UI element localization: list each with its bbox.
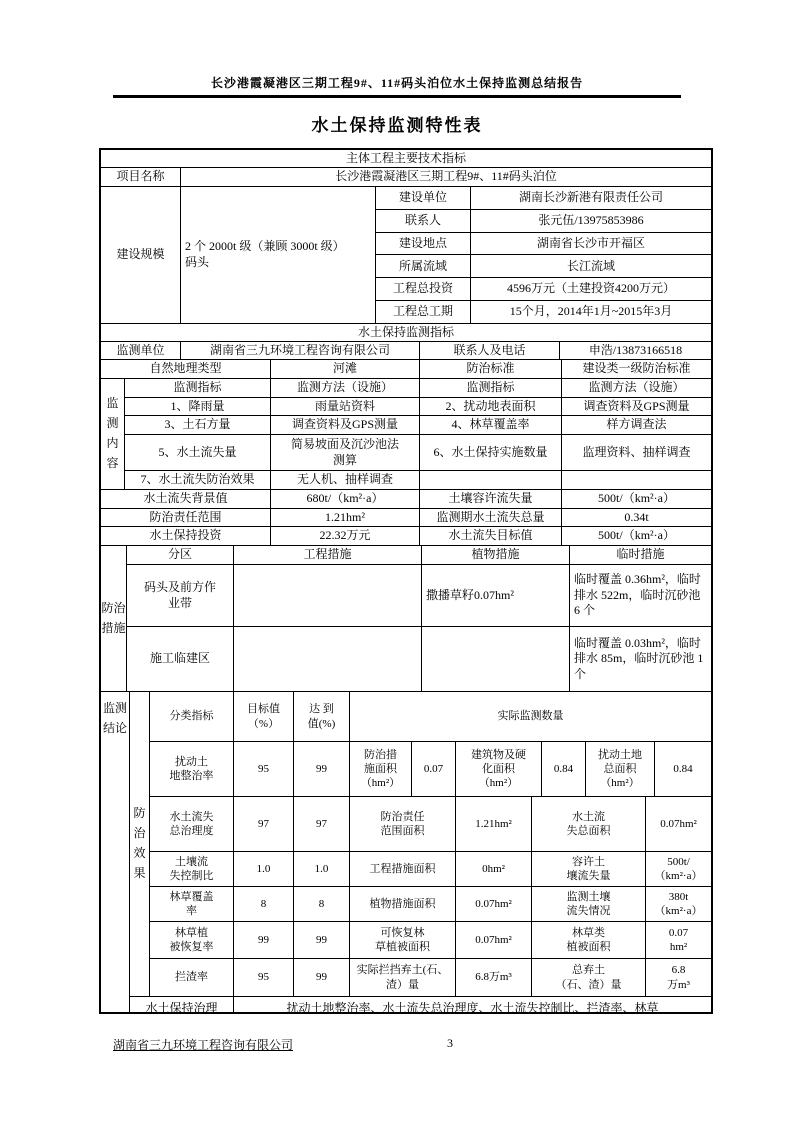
table-row: 3、土石方量 调查资料及GPS测量 4、林草覆盖率 样方调查法 bbox=[125, 416, 711, 435]
summary-label: 监测期水土流失总量 bbox=[420, 509, 562, 527]
table-row: 工程总工期 15个月，2014年1月~2015年3月 bbox=[376, 301, 711, 324]
table-row: 主体工程主要技术指标 bbox=[101, 150, 711, 168]
summary-label: 水土流失目标值 bbox=[420, 527, 562, 546]
summary-value: 680t/（km²·a） bbox=[271, 490, 420, 509]
table-row: 林草覆盖 率 8 8 植物措施面积 0.07hm² 监测土壤 流失情况 380t… bbox=[150, 887, 711, 922]
table-row: 水土流失背景值 680t/（km²·a） 土壤容许流失量 500t/（km²·a… bbox=[101, 490, 711, 509]
target-value: 95 bbox=[234, 742, 294, 797]
measure-name: 可恢复林 草植被面积 bbox=[350, 922, 456, 959]
table-row: 拦渣率 95 99 实际拦挡弃土(石、 渣）量 6.8万m³ 总弃土 （石、渣）… bbox=[150, 959, 711, 997]
standard-value: 建设类一级防治标准 bbox=[562, 360, 711, 379]
measure-value: 0.07hm² bbox=[456, 887, 532, 922]
content-cell: 监理资料、抽样调查 bbox=[562, 435, 711, 471]
measures-section: 防治措施 分区 工程措施 植物措施 临时措施 码头及前方作 业带 撒播草籽0.0… bbox=[101, 546, 711, 692]
table-row: 水土保持监测指标 bbox=[101, 324, 711, 342]
info-label: 工程总投资 bbox=[376, 278, 471, 301]
table-row: 建设地点 湖南省长沙市开福区 bbox=[376, 233, 711, 256]
table-row: 7、水土流失防治效果 无人机、抽样调查 bbox=[125, 471, 711, 490]
summary-value: 500t/（km²·a） bbox=[562, 490, 711, 509]
content-cell: 3、土石方量 bbox=[125, 416, 271, 435]
zone-cell: 施工临建区 bbox=[127, 627, 234, 692]
report-header-text: 长沙港霞凝港区三期工程9#、11#码头泊位水土保持监测总结报告 bbox=[0, 74, 794, 91]
indicator-name: 土壤流 失控制比 bbox=[150, 852, 234, 887]
content-cell: 监测指标 bbox=[125, 379, 271, 398]
content-cell: 2、扰动地表面积 bbox=[420, 398, 562, 416]
measure-name: 林草类 植被面积 bbox=[532, 922, 646, 959]
table-row: 监测指标 监测方法（设施） 监测指标 监测方法（设施） bbox=[125, 379, 711, 398]
achieved-value: 97 bbox=[294, 797, 350, 852]
indicator-name: 拦渣率 bbox=[150, 959, 234, 997]
target-value: 8 bbox=[234, 887, 294, 922]
measures-header: 分区 bbox=[127, 546, 234, 565]
header-rule bbox=[113, 95, 681, 98]
measure-value: 0.07 bbox=[412, 742, 456, 797]
zone-cell: 码头及前方作 业带 bbox=[127, 565, 234, 627]
achieved-value: 8 bbox=[294, 887, 350, 922]
table-row: 联系人 张元伍/13975853986 bbox=[376, 210, 711, 233]
plant-cell: 撒播草籽0.07hm² bbox=[422, 565, 570, 627]
content-cell: 5、水土流失量 bbox=[125, 435, 271, 471]
info-label: 建设地点 bbox=[376, 233, 471, 256]
table-row: 监测单位 湖南省三九环境工程咨询有限公司 联系人及电话 申浩/138731665… bbox=[101, 342, 711, 360]
header-cell: 目标值 （%） bbox=[234, 692, 294, 742]
info-value: 张元伍/13975853986 bbox=[471, 210, 711, 233]
geo-type-value: 河滩 bbox=[271, 360, 420, 379]
table-row-clipped: 水土保持治理 扰动土地整治率、水土流失总治理度、水土流失控制比、拦渣率、林草 bbox=[130, 997, 711, 1014]
table-row: 建设单位 湖南长沙新港有限责任公司 bbox=[376, 187, 711, 210]
target-value: 95 bbox=[234, 959, 294, 997]
scale-section: 建设规模 2 个 2000t 级（兼顾 3000t 级） 码头 建设单位 湖南长… bbox=[101, 187, 711, 324]
achieved-value: 99 bbox=[294, 922, 350, 959]
page-title: 水土保持监测特性表 bbox=[0, 111, 794, 136]
conclusion-body: 防治效果 分类指标 目标值 （%） 达 到 值(%) 实际监测数量 扰动土 地整… bbox=[130, 692, 711, 1014]
temporary-cell: 临时覆盖 0.03hm²，临时排水 85m，临时沉砂池 1 个 bbox=[570, 627, 711, 692]
measures-header: 植物措施 bbox=[422, 546, 570, 565]
table-row: 林草植 被恢复率 99 99 可恢复林 草植被面积 0.07hm² 林草类 植被… bbox=[150, 922, 711, 959]
measures-label: 防治措施 bbox=[101, 546, 127, 692]
header-cell: 实际监测数量 bbox=[350, 692, 711, 742]
content-cell: 7、水土流失防治效果 bbox=[125, 471, 271, 490]
effect-table: 分类指标 目标值 （%） 达 到 值(%) 实际监测数量 扰动土 地整治率 95… bbox=[150, 692, 711, 997]
table-row: 水土流失 总治理度 97 97 防治责任 范围面积 1.21hm² 水土流 失总… bbox=[150, 797, 711, 852]
effect-block: 防治效果 分类指标 目标值 （%） 达 到 值(%) 实际监测数量 扰动土 地整… bbox=[130, 692, 711, 997]
indicator-name: 水土流失 总治理度 bbox=[150, 797, 234, 852]
measure-value: 0.84 bbox=[542, 742, 586, 797]
measure-value: 0.84 bbox=[655, 742, 711, 797]
target-value: 97 bbox=[234, 797, 294, 852]
content-cell bbox=[562, 471, 711, 490]
scale-label: 建设规模 bbox=[101, 187, 181, 324]
monitor-content-label: 监测内容 bbox=[101, 379, 125, 490]
content-cell: 调查资料及GPS测量 bbox=[562, 398, 711, 416]
table-row: 码头及前方作 业带 撒播草籽0.07hm² 临时覆盖 0.36hm²，临时排水 … bbox=[127, 565, 711, 627]
project-name-value: 长沙港霞凝港区三期工程9#、11#码头泊位 bbox=[181, 168, 711, 187]
header-cell: 分类指标 bbox=[150, 692, 234, 742]
measure-value: 6.8万m³ bbox=[456, 959, 532, 997]
measure-value: 500t/ （km²·a） bbox=[646, 852, 711, 887]
monitor-content-body: 监测指标 监测方法（设施） 监测指标 监测方法（设施） 1、降雨量 雨量站资料 … bbox=[125, 379, 711, 490]
measure-value: 6.8 万m³ bbox=[646, 959, 711, 997]
content-cell: 简易坡面及沉沙池法 测算 bbox=[271, 435, 420, 471]
table-row: 扰动土 地整治率 95 99 防治措 施面积 （hm²） 0.07 建筑物及硬 … bbox=[150, 742, 711, 797]
content-cell: 雨量站资料 bbox=[271, 398, 420, 416]
summary-value: 500t/（km²·a） bbox=[562, 527, 711, 546]
content-cell: 监测方法（设施） bbox=[562, 379, 711, 398]
indicator-name: 林草覆盖 率 bbox=[150, 887, 234, 922]
header-cell: 达 到 值(%) bbox=[294, 692, 350, 742]
treatment-label: 水土保持治理 bbox=[130, 997, 234, 1014]
table-row: 工程总投资 4596万元（土建投资4200万元） bbox=[376, 278, 711, 301]
plant-cell bbox=[422, 627, 570, 692]
info-value: 湖南省长沙市开福区 bbox=[471, 233, 711, 256]
section2-title: 水土保持监测指标 bbox=[101, 324, 711, 342]
summary-label: 水土保持投资 bbox=[101, 527, 271, 546]
measure-name: 实际拦挡弃土(石、 渣）量 bbox=[350, 959, 456, 997]
info-value: 15个月，2014年1月~2015年3月 bbox=[471, 301, 711, 324]
measure-name: 植物措施面积 bbox=[350, 887, 456, 922]
measures-header: 工程措施 bbox=[234, 546, 422, 565]
indicator-name: 林草植 被恢复率 bbox=[150, 922, 234, 959]
table-row: 自然地理类型 河滩 防治标准 建设类一级防治标准 bbox=[101, 360, 711, 379]
info-label: 工程总工期 bbox=[376, 301, 471, 324]
measure-value: 0hm² bbox=[456, 852, 532, 887]
monitor-content-section: 监测内容 监测指标 监测方法（设施） 监测指标 监测方法（设施） 1、降雨量 雨… bbox=[101, 379, 711, 490]
standard-label: 防治标准 bbox=[420, 360, 562, 379]
table-row: 项目名称 长沙港霞凝港区三期工程9#、11#码头泊位 bbox=[101, 168, 711, 187]
measure-name: 工程措施面积 bbox=[350, 852, 456, 887]
content-cell: 6、水土保持实施数量 bbox=[420, 435, 562, 471]
measure-name: 扰动土地 总面积 （hm²） bbox=[586, 742, 655, 797]
info-label: 联系人 bbox=[376, 210, 471, 233]
measure-value: 0.07hm² bbox=[456, 922, 532, 959]
target-value: 99 bbox=[234, 922, 294, 959]
engineering-cell bbox=[234, 565, 422, 627]
monitor-unit-value: 湖南省三九环境工程咨询有限公司 bbox=[181, 342, 420, 360]
contact-label: 联系人及电话 bbox=[420, 342, 560, 360]
content-cell: 样方调查法 bbox=[562, 416, 711, 435]
table-row: 5、水土流失量 简易坡面及沉沙池法 测算 6、水土保持实施数量 监理资料、抽样调… bbox=[125, 435, 711, 471]
project-info-rows: 建设单位 湖南长沙新港有限责任公司 联系人 张元伍/13975853986 建设… bbox=[376, 187, 711, 324]
measure-value: 380t （km²·a） bbox=[646, 887, 711, 922]
content-cell: 监测方法（设施） bbox=[271, 379, 420, 398]
effect-label: 防治效果 bbox=[130, 692, 150, 997]
summary-value: 22.32万元 bbox=[271, 527, 420, 546]
summary-label: 防治责任范围 bbox=[101, 509, 271, 527]
section1-title: 主体工程主要技术指标 bbox=[101, 150, 711, 168]
content-cell: 调查资料及GPS测量 bbox=[271, 416, 420, 435]
table-row: 所属流域 长江流域 bbox=[376, 255, 711, 278]
target-value: 1.0 bbox=[234, 852, 294, 887]
footer-page-number: 3 bbox=[447, 1036, 453, 1051]
table-row: 水土保持投资 22.32万元 水土流失目标值 500t/（km²·a） bbox=[101, 527, 711, 546]
measure-name: 防治措 施面积 （hm²） bbox=[350, 742, 412, 797]
measures-header: 临时措施 bbox=[570, 546, 711, 565]
content-cell: 4、林草覆盖率 bbox=[420, 416, 562, 435]
table-row: 土壤流 失控制比 1.0 1.0 工程措施面积 0hm² 容许土 壤流失量 50… bbox=[150, 852, 711, 887]
scale-value: 2 个 2000t 级（兼顾 3000t 级） 码头 bbox=[181, 187, 376, 324]
measure-value: 1.21hm² bbox=[456, 797, 532, 852]
info-value: 长江流域 bbox=[471, 255, 711, 278]
achieved-value: 1.0 bbox=[294, 852, 350, 887]
measure-name: 防治责任 范围面积 bbox=[350, 797, 456, 852]
content-cell: 监测指标 bbox=[420, 379, 562, 398]
summary-label: 水土流失背景值 bbox=[101, 490, 271, 509]
summary-value: 0.34t bbox=[562, 509, 711, 527]
treatment-text: 扰动土地整治率、水土流失总治理度、水土流失控制比、拦渣率、林草 bbox=[234, 997, 711, 1014]
content-cell: 1、降雨量 bbox=[125, 398, 271, 416]
project-name-label: 项目名称 bbox=[101, 168, 181, 187]
footer-company: 湖南省三九环境工程咨询有限公司 bbox=[113, 1036, 293, 1053]
info-label: 所属流域 bbox=[376, 255, 471, 278]
measures-body: 分区 工程措施 植物措施 临时措施 码头及前方作 业带 撒播草籽0.07hm² … bbox=[127, 546, 711, 692]
measure-value: 0.07 hm² bbox=[646, 922, 711, 959]
measure-name: 容许土 壤流失量 bbox=[532, 852, 646, 887]
summary-value: 1.21hm² bbox=[271, 509, 420, 527]
table-row: 防治责任范围 1.21hm² 监测期水土流失总量 0.34t bbox=[101, 509, 711, 527]
engineering-cell bbox=[234, 627, 422, 692]
characteristics-table: 主体工程主要技术指标 项目名称 长沙港霞凝港区三期工程9#、11#码头泊位 建设… bbox=[99, 148, 713, 1014]
measure-name: 水土流 失总面积 bbox=[532, 797, 646, 852]
info-value: 4596万元（土建投资4200万元） bbox=[471, 278, 711, 301]
temporary-cell: 临时覆盖 0.36hm²，临时排水 522m，临时沉砂池 6 个 bbox=[570, 565, 711, 627]
info-value: 湖南长沙新港有限责任公司 bbox=[471, 187, 711, 210]
measure-name: 建筑物及硬 化面积 （hm²） bbox=[456, 742, 542, 797]
indicator-name: 扰动土 地整治率 bbox=[150, 742, 234, 797]
summary-label: 土壤容许流失量 bbox=[420, 490, 562, 509]
info-label: 建设单位 bbox=[376, 187, 471, 210]
table-row: 1、降雨量 雨量站资料 2、扰动地表面积 调查资料及GPS测量 bbox=[125, 398, 711, 416]
content-cell: 无人机、抽样调查 bbox=[271, 471, 420, 490]
conclusion-section: 监测结论 防治效果 分类指标 目标值 （%） 达 到 值(%) 实际监测数量 扰… bbox=[101, 692, 711, 1014]
geo-type-label: 自然地理类型 bbox=[101, 360, 271, 379]
content-cell bbox=[420, 471, 562, 490]
achieved-value: 99 bbox=[294, 742, 350, 797]
measure-value: 0.07hm² bbox=[646, 797, 711, 852]
table-row: 施工临建区 临时覆盖 0.03hm²，临时排水 85m，临时沉砂池 1 个 bbox=[127, 627, 711, 692]
table-row: 分区 工程措施 植物措施 临时措施 bbox=[127, 546, 711, 565]
document-page: 长沙港霞凝港区三期工程9#、11#码头泊位水土保持监测总结报告 水土保持监测特性… bbox=[0, 0, 794, 1123]
table-row: 分类指标 目标值 （%） 达 到 值(%) 实际监测数量 bbox=[150, 692, 711, 742]
measure-name: 总弃土 （石、渣）量 bbox=[532, 959, 646, 997]
conclusion-label: 监测结论 bbox=[101, 692, 130, 1014]
achieved-value: 99 bbox=[294, 959, 350, 997]
contact-value: 申浩/13873166518 bbox=[560, 342, 711, 360]
monitor-unit-label: 监测单位 bbox=[101, 342, 181, 360]
measure-name: 监测土壤 流失情况 bbox=[532, 887, 646, 922]
